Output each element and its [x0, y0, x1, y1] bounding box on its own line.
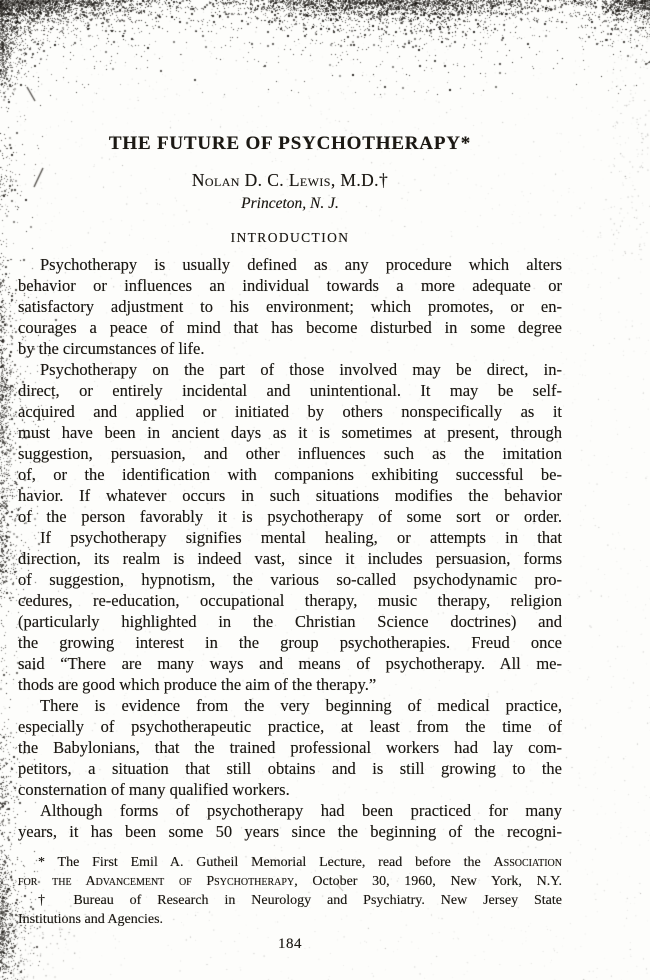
- footnote-text: October 30, 1960, New York, N.Y.: [298, 874, 562, 889]
- body-line: thods are good which produce the aim of …: [18, 674, 562, 695]
- paragraph: Although forms of psychotherapy had been…: [18, 800, 562, 842]
- footnote-smallcaps-text: Association: [494, 855, 562, 870]
- page-content: THE FUTURE OF PSYCHOTHERAPY* Nolan D. C.…: [18, 0, 562, 953]
- page-number: 184: [18, 936, 562, 953]
- body-line: said “There are many ways and means of p…: [18, 653, 562, 674]
- body-line: courages a peace of mind that has become…: [18, 317, 562, 338]
- footnote-dagger-line-2: Institutions and Agencies.: [18, 910, 562, 929]
- body-line: havior. If whatever occurs in such situa…: [18, 485, 562, 506]
- scanned-page: THE FUTURE OF PSYCHOTHERAPY* Nolan D. C.…: [0, 0, 650, 980]
- body-line: consternation of many qualified workers.: [18, 779, 562, 800]
- article-title: THE FUTURE OF PSYCHOTHERAPY*: [18, 132, 562, 156]
- body-line: of suggestion, hypnotism, the various so…: [18, 569, 562, 590]
- author-name: Nolan D. C. Lewis, M.D.†: [18, 169, 562, 191]
- body-line: the Babylonians, that the trained profes…: [18, 737, 562, 758]
- body-line: of the person favorably it is psychother…: [18, 506, 562, 527]
- body-line: acquired and applied or initiated by oth…: [18, 401, 562, 422]
- body-line: years, it has been some 50 years since t…: [18, 821, 562, 842]
- footnote-dagger-line-1: † Bureau of Research in Neurology and Ps…: [18, 891, 562, 910]
- body-line: (particularly highlighted in the Christi…: [18, 611, 562, 632]
- body-line: especially of psychotherapeutic practice…: [18, 716, 562, 737]
- body-line: Although forms of psychotherapy had been…: [18, 800, 562, 821]
- body-line: by the circumstances of life.: [18, 338, 562, 359]
- body-line: direct, or entirely incidental and unint…: [18, 380, 562, 401]
- body-line: behavior or influences an individual tow…: [18, 275, 562, 296]
- paragraph: There is evidence from the very beginnin…: [18, 695, 562, 800]
- body-line: There is evidence from the very beginnin…: [18, 695, 562, 716]
- body-line: Psychotherapy on the part of those invol…: [18, 359, 562, 380]
- body-line: of, or the identification with companion…: [18, 464, 562, 485]
- footnotes-block: * The First Emil A. Gutheil Memorial Lec…: [18, 853, 562, 929]
- footnote-asterisk-line-1: * The First Emil A. Gutheil Memorial Lec…: [18, 853, 562, 872]
- author-location: Princeton, N. J.: [18, 194, 562, 214]
- body-line: direction, its realm is indeed vast, sin…: [18, 548, 562, 569]
- body-line: must have been in ancient days as it is …: [18, 422, 562, 443]
- section-heading-introduction: INTRODUCTION: [18, 229, 562, 247]
- body-line: suggestion, persuasion, and other influe…: [18, 443, 562, 464]
- body-line: Psychotherapy is usually defined as any …: [18, 254, 562, 275]
- footnote-smallcaps-text: for the Advancement of Psychotherapy,: [18, 874, 298, 889]
- body-line: If psychotherapy signifies mental healin…: [18, 527, 562, 548]
- paragraph: Psychotherapy on the part of those invol…: [18, 359, 562, 527]
- body-line: satisfactory adjustment to his environme…: [18, 296, 562, 317]
- footnote-asterisk-line-2: for the Advancement of Psychotherapy, Oc…: [18, 872, 562, 891]
- paragraph: Psychotherapy is usually defined as any …: [18, 254, 562, 359]
- body-line: cedures, re-education, occupational ther…: [18, 590, 562, 611]
- body-line: the growing interest in the group psycho…: [18, 632, 562, 653]
- footnote-text: * The First Emil A. Gutheil Memorial Lec…: [38, 855, 494, 870]
- body-line: petitors, a situation that still obtains…: [18, 758, 562, 779]
- paragraph: If psychotherapy signifies mental healin…: [18, 527, 562, 695]
- article-body: Psychotherapy is usually defined as any …: [18, 254, 562, 842]
